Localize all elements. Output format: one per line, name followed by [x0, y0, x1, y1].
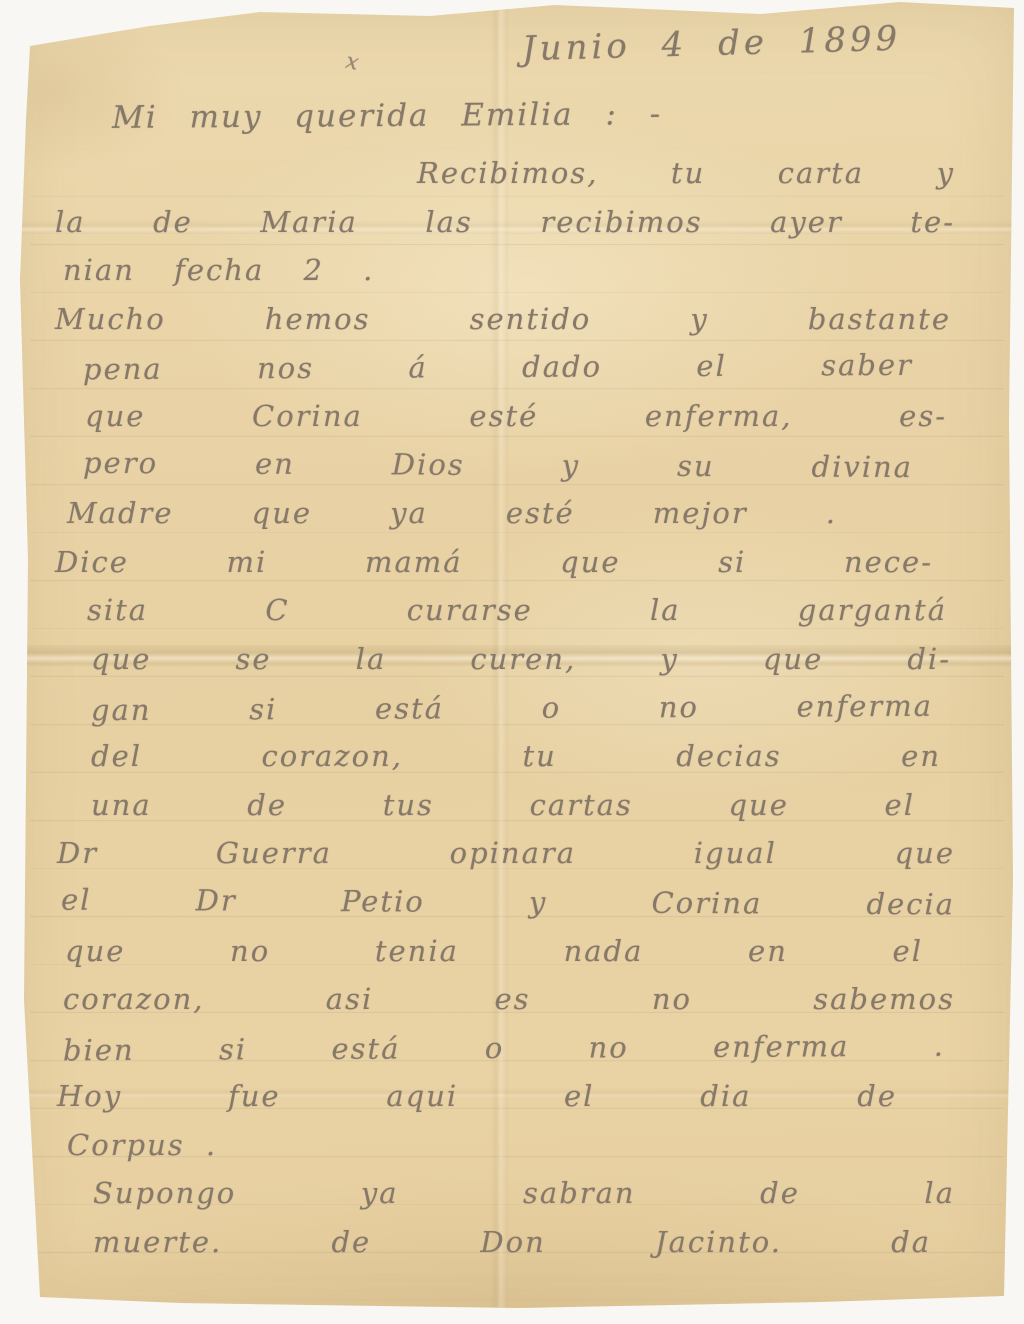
letter-line: Madre que ya esté mejor .: [55, 496, 955, 545]
letter-line: corazon, asi es no sabemos: [55, 982, 955, 1031]
letter-line: el Dr Petio y Corina decia: [55, 883, 955, 936]
letter-line: Supongo ya sabran de la: [55, 1176, 955, 1225]
letter-line: la de Maria las recibimos ayer te-: [55, 205, 955, 254]
letter-line: del corazon, tu decias en: [55, 739, 955, 788]
letter-line: que se la curen, y que di-: [55, 642, 955, 691]
letter-line: Corpus .: [55, 1128, 955, 1177]
letter-line: Mucho hemos sentido y bastante: [55, 302, 955, 351]
letter-line: Recibimos, tu carta y: [55, 156, 955, 205]
letter-line: bien si está o no enferma .: [55, 1028, 955, 1081]
letter-line: una de tus cartas que el: [55, 788, 955, 837]
letter-line: pena nos á dado el saber: [55, 348, 955, 401]
letter-line: Dr Guerra opinara igual que: [55, 836, 955, 885]
letter-line: que Corina esté enferma, es-: [55, 399, 955, 448]
letter-paper: Junio 4 de 1899 x Mi muy querida Emilia …: [0, 0, 1024, 1324]
salutation: Mi muy querida Emilia : -: [112, 96, 662, 136]
letter-line: Hoy fue aqui el dia de: [55, 1079, 955, 1128]
letter-line: Dice mi mamá que si nece-: [55, 545, 955, 594]
letter-line: sita C curarse la gargantá: [55, 593, 955, 642]
letter-body: Recibimos, tu carta y la de Maria las re…: [55, 156, 955, 1274]
scan-background: Junio 4 de 1899 x Mi muy querida Emilia …: [0, 0, 1024, 1324]
letter-line: pero en Dios y su divina: [55, 445, 955, 498]
letter-line: nian fecha 2 .: [55, 253, 955, 302]
letter-line: muerte. de Don Jacinto. da: [55, 1225, 955, 1274]
letter-line: que no tenia nada en el: [55, 934, 955, 983]
letter-line: gan si está o no enferma: [55, 688, 955, 741]
